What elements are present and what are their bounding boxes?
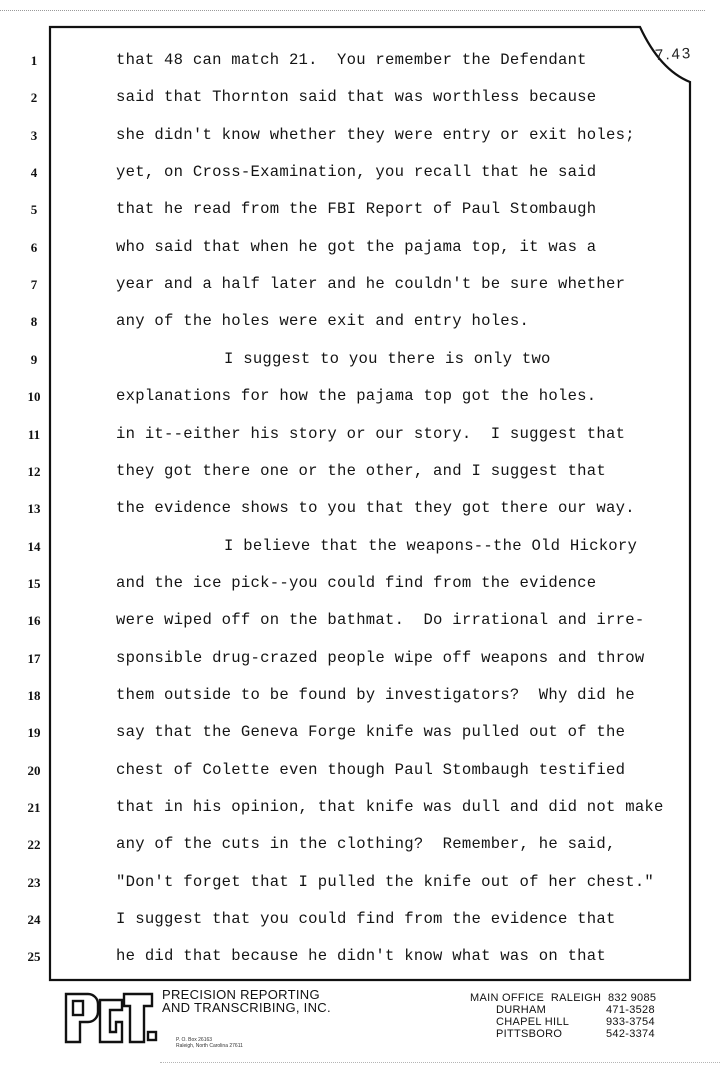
scan-artifact-top <box>0 10 705 11</box>
office-phone: 542-3374 <box>606 1028 655 1040</box>
transcript-line: he did that because he didn't know what … <box>116 947 606 965</box>
transcript-line: sponsible drug-crazed people wipe off we… <box>116 649 644 667</box>
transcript-line: I believe that the weapons--the Old Hick… <box>224 537 637 555</box>
scan-artifact-bottom <box>160 1062 720 1063</box>
transcript-line: the evidence shows to you that they got … <box>116 499 635 517</box>
transcript-line: that he read from the FBI Report of Paul… <box>116 200 596 218</box>
company-name: PRECISION REPORTING AND TRANSCRIBING, IN… <box>162 988 331 1014</box>
line-number: 23 <box>22 875 46 891</box>
transcript-line: who said that when he got the pajama top… <box>116 238 596 256</box>
line-number: 10 <box>22 389 46 405</box>
transcript-line: explanations for how the pajama top got … <box>116 387 596 405</box>
line-number: 6 <box>22 240 46 256</box>
line-number: 5 <box>22 202 46 218</box>
office-city: DURHAM <box>496 1004 606 1016</box>
line-number: 25 <box>22 949 46 965</box>
line-number: 11 <box>22 427 46 443</box>
line-number: 7 <box>22 277 46 293</box>
line-number: 20 <box>22 763 46 779</box>
line-number: 1 <box>22 53 46 69</box>
line-number: 8 <box>22 314 46 330</box>
office-phone: 471-3528 <box>606 1004 655 1016</box>
transcript-line: year and a half later and he couldn't be… <box>116 275 625 293</box>
line-number: 2 <box>22 90 46 106</box>
transcript-line: any of the cuts in the clothing? Remembe… <box>116 835 616 853</box>
line-number: 18 <box>22 688 46 704</box>
transcript-line: "Don't forget that I pulled the knife ou… <box>116 873 654 891</box>
transcript-line: said that Thornton said that was worthle… <box>116 88 596 106</box>
city-address: Raleigh, North Carolina 27611 <box>176 1043 243 1049</box>
transcript-line: chest of Colette even though Paul Stomba… <box>116 761 625 779</box>
transcript-line: I suggest to you there is only two <box>224 350 551 368</box>
line-number: 9 <box>22 352 46 368</box>
office-row: CHAPEL HILL933-3754 <box>496 1016 656 1028</box>
line-number: 17 <box>22 651 46 667</box>
line-number: 3 <box>22 128 46 144</box>
line-number: 24 <box>22 912 46 928</box>
transcript-line: that in his opinion, that knife was dull… <box>116 798 664 816</box>
office-phone: 933-3754 <box>606 1016 655 1028</box>
office-city: CHAPEL HILL <box>496 1016 606 1028</box>
transcript-line: say that the Geneva Forge knife was pull… <box>116 723 625 741</box>
transcript-line: in it--either his story or our story. I … <box>116 425 625 443</box>
line-number: 22 <box>22 837 46 853</box>
line-number: 14 <box>22 539 46 555</box>
company-address: P. O. Box 26163 Raleigh, North Carolina … <box>176 1037 243 1049</box>
transcript-line: yet, on Cross-Examination, you recall th… <box>116 163 596 181</box>
line-number: 12 <box>22 464 46 480</box>
company-logo <box>62 988 158 1046</box>
office-city: PITTSBORO <box>496 1028 606 1040</box>
transcript-line: and the ice pick--you could find from th… <box>116 574 596 592</box>
company-name-line2: AND TRANSCRIBING, INC. <box>162 1001 331 1014</box>
office-row: DURHAM471-3528 <box>496 1004 656 1016</box>
page-number-stamp: 7.43 <box>655 45 693 64</box>
line-number: 21 <box>22 800 46 816</box>
transcript-line: were wiped off on the bathmat. Do irrati… <box>116 611 644 629</box>
office-row: PITTSBORO542-3374 <box>496 1028 656 1040</box>
transcript-line: that 48 can match 21. You remember the D… <box>116 51 587 69</box>
office-directory: MAIN OFFICE RALEIGH 832 9085 DURHAM471-3… <box>470 992 656 1040</box>
transcript-line: I suggest that you could find from the e… <box>116 910 616 928</box>
transcript-line: she didn't know whether they were entry … <box>116 126 635 144</box>
line-number: 16 <box>22 613 46 629</box>
line-number: 15 <box>22 576 46 592</box>
line-number: 19 <box>22 725 46 741</box>
transcript-line: they got there one or the other, and I s… <box>116 462 606 480</box>
line-number: 13 <box>22 501 46 517</box>
line-number: 4 <box>22 165 46 181</box>
main-office: MAIN OFFICE RALEIGH 832 9085 <box>470 992 656 1004</box>
transcript-line: any of the holes were exit and entry hol… <box>116 312 529 330</box>
transcript-line: them outside to be found by investigator… <box>116 686 635 704</box>
